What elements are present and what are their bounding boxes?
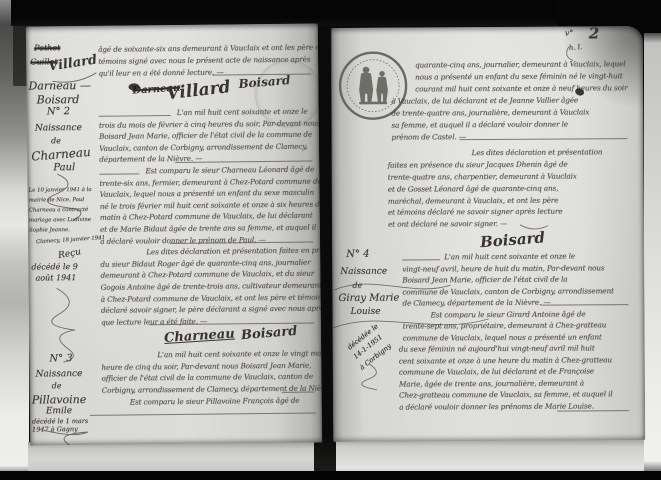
page-left: Pothet Guillot Villard Darneau — Boisard… xyxy=(26,23,322,445)
ink-flourishes-left xyxy=(26,23,322,445)
register-scan: Pothet Guillot Villard Darneau — Boisard… xyxy=(0,0,661,480)
page-right: v° 2 h. l. quarante-cinq ans, journalier… xyxy=(331,26,646,442)
binding xyxy=(322,24,332,443)
page-block-edge-left xyxy=(28,442,320,472)
scanner-strip-right xyxy=(644,0,661,480)
page-block-edge-right xyxy=(334,440,644,472)
scan-border-bottom xyxy=(0,471,661,480)
ink-flourishes-right xyxy=(331,26,646,442)
